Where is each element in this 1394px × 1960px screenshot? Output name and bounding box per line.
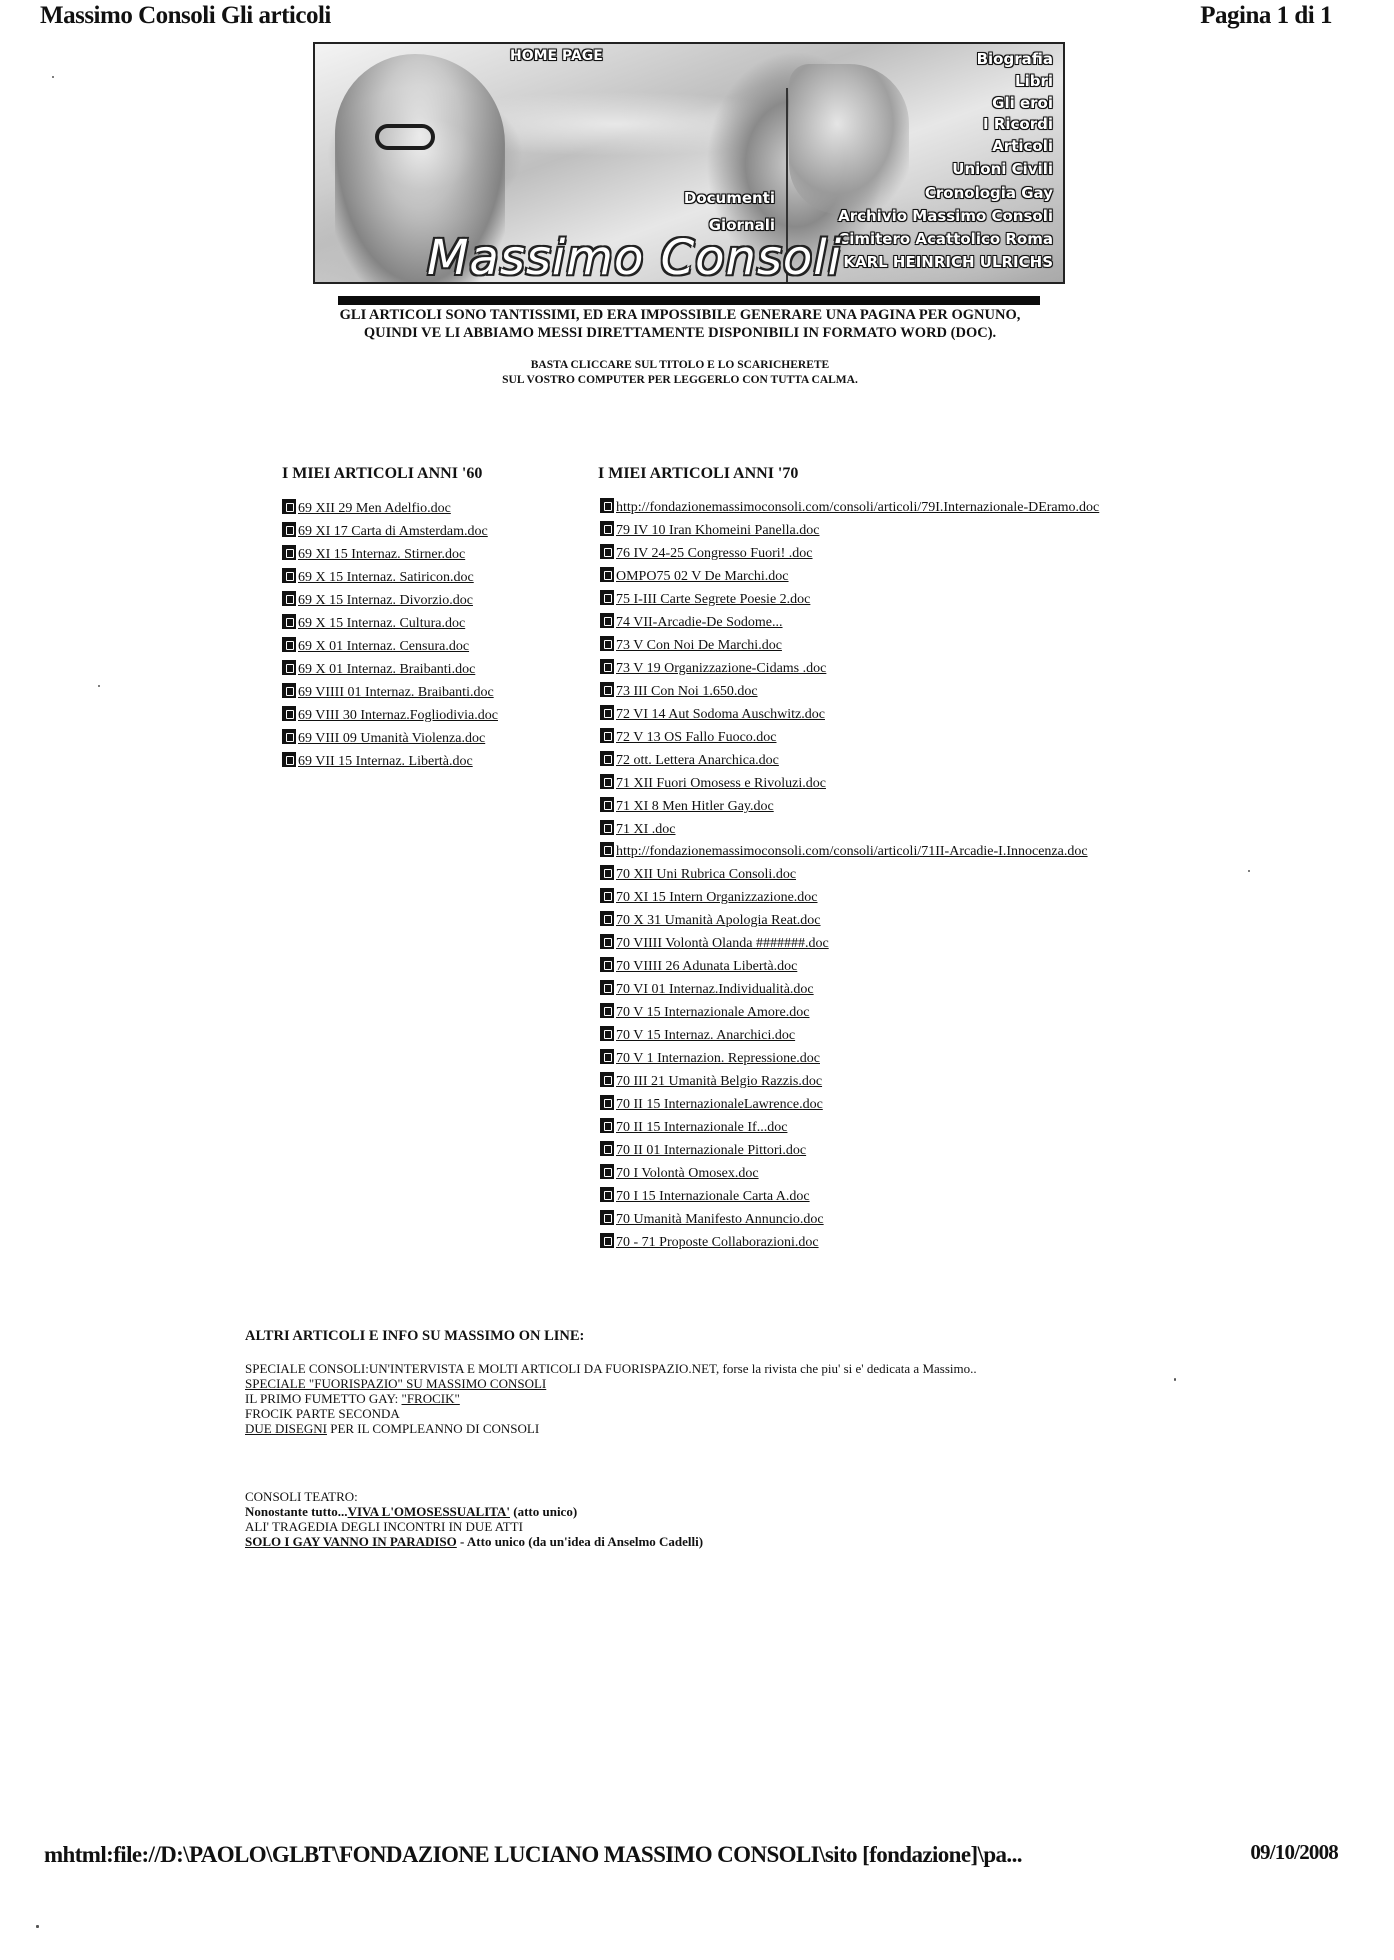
article-60s-link[interactable]: 69 VIIII 01 Internaz. Braibanti.doc xyxy=(298,685,494,700)
article-70s-item[interactable]: 70 I Volontà Omosex.doc xyxy=(600,1163,1120,1186)
article-60s-item[interactable]: 69 X 01 Internaz. Censura.doc xyxy=(282,636,498,659)
article-70s-link[interactable]: 70 VIIII Volontà Olanda #######.doc xyxy=(616,936,829,951)
other-online-links: SPECIALE CONSOLI:UN'INTERVISTA E MOLTI A… xyxy=(245,1361,1125,1436)
fumetto-label: IL PRIMO FUMETTO GAY: xyxy=(245,1391,402,1406)
word-doc-icon xyxy=(600,1233,614,1248)
word-doc-icon xyxy=(600,1026,614,1041)
article-60s-link[interactable]: 69 VIII 09 Umanità Violenza.doc xyxy=(298,731,485,746)
article-70s-item[interactable]: 70 II 15 InternazionaleLawrence.doc xyxy=(600,1094,1120,1117)
article-60s-item[interactable]: 69 VIII 30 Internaz.Fogliodivia.doc xyxy=(282,705,498,728)
nav-archivio-massimo-consoli[interactable]: Archivio Massimo Consoli xyxy=(838,207,1053,225)
word-doc-icon xyxy=(282,683,296,698)
solo-i-gay-link[interactable]: SOLO I GAY VANNO IN PARADISO xyxy=(245,1534,457,1549)
article-60s-item[interactable]: 69 XII 29 Men Adelfio.doc xyxy=(282,498,498,521)
article-60s-item[interactable]: 69 X 15 Internaz. Divorzio.doc xyxy=(282,590,498,613)
article-60s-link[interactable]: 69 VII 15 Internaz. Libertà.doc xyxy=(298,754,473,769)
article-60s-item[interactable]: 69 XI 17 Carta di Amsterdam.doc xyxy=(282,521,498,544)
speciale-consoli-line: SPECIALE CONSOLI:UN'INTERVISTA E MOLTI A… xyxy=(245,1361,1125,1376)
flag-image xyxy=(789,64,909,214)
word-doc-icon xyxy=(600,865,614,880)
word-doc-icon xyxy=(282,499,296,514)
intro-instructions: BASTA CLICCARE SUL TITOLO E LO SCARICHER… xyxy=(280,358,1080,388)
word-doc-icon xyxy=(600,728,614,743)
article-60s-link[interactable]: 69 VIII 30 Internaz.Fogliodivia.doc xyxy=(298,708,498,723)
article-70s-link[interactable]: 72 V 13 OS Fallo Fuoco.doc xyxy=(616,730,777,745)
word-doc-icon xyxy=(600,659,614,674)
article-70s-link[interactable]: 70 V 1 Internazion. Repressione.doc xyxy=(616,1051,820,1066)
speciale-consoli-description: , forse la rivista che piu' si e' dedica… xyxy=(716,1361,977,1376)
word-doc-icon xyxy=(600,957,614,972)
article-70s-link[interactable]: 73 V 19 Organizzazione-Cidams .doc xyxy=(616,661,826,676)
scan-speck xyxy=(52,76,54,78)
article-60s-link[interactable]: 69 XI 17 Carta di Amsterdam.doc xyxy=(298,524,488,539)
article-70s-link[interactable]: 70 VI 01 Internaz.Individualità.doc xyxy=(616,982,814,997)
word-doc-icon xyxy=(600,1003,614,1018)
word-doc-icon xyxy=(600,590,614,605)
article-60s-item[interactable]: 69 VIIII 01 Internaz. Braibanti.doc xyxy=(282,682,498,705)
article-70s-link[interactable]: 70 I Volontà Omosex.doc xyxy=(616,1166,759,1181)
article-70s-item[interactable]: 70 XI 15 Intern Organizzazione.doc xyxy=(600,887,1120,910)
article-70s-item[interactable]: 70 V 1 Internazion. Repressione.doc xyxy=(600,1048,1120,1071)
consoli-theater-section: CONSOLI TEATRO: Nonostante tutto...VIVA … xyxy=(245,1489,1125,1549)
article-70s-item[interactable]: 72 VI 14 Aut Sodoma Auschwitz.doc xyxy=(600,704,1120,727)
article-70s-link[interactable]: 70 III 21 Umanità Belgio Razzis.doc xyxy=(616,1074,822,1089)
article-60s-link[interactable]: 69 XI 15 Internaz. Stirner.doc xyxy=(298,547,465,562)
article-60s-link[interactable]: 69 X 15 Internaz. Cultura.doc xyxy=(298,616,465,631)
word-doc-icon xyxy=(600,1141,614,1156)
article-70s-item[interactable]: 70 III 21 Umanità Belgio Razzis.doc xyxy=(600,1071,1120,1094)
word-doc-icon xyxy=(600,521,614,536)
nav-unioni-civili[interactable]: Unioni Civili xyxy=(952,160,1053,178)
article-70s-link[interactable]: 75 I-III Carte Segrete Poesie 2.doc xyxy=(616,592,810,607)
word-doc-icon xyxy=(600,682,614,697)
article-70s-item[interactable]: 72 ott. Lettera Anarchica.doc xyxy=(600,750,1120,773)
other-online-title: ALTRI ARTICOLI E INFO SU MASSIMO ON LINE… xyxy=(245,1328,584,1345)
tragedia-incontri[interactable]: ALI' TRAGEDIA DEGLI INCONTRI IN DUE ATTI xyxy=(245,1519,1125,1534)
article-70s-item[interactable]: 70 II 01 Internazionale Pittori.doc xyxy=(600,1140,1120,1163)
article-70s-link[interactable]: 71 XI 8 Men Hitler Gay.doc xyxy=(616,799,774,814)
banner-name-logo: Massimo Consoli xyxy=(427,230,842,284)
nav-documenti[interactable]: Documenti xyxy=(684,189,775,207)
word-doc-icon xyxy=(600,888,614,903)
word-doc-icon xyxy=(600,1164,614,1179)
nav-cronologia-gay[interactable]: Cronologia Gay xyxy=(925,184,1053,202)
article-70s-link[interactable]: http://fondazionemassimoconsoli.com/cons… xyxy=(616,844,1088,859)
article-70s-link[interactable]: 73 V Con Noi De Marchi.doc xyxy=(616,638,782,653)
word-doc-icon xyxy=(282,706,296,721)
article-70s-link[interactable]: 79 IV 10 Iran Khomeini Panella.doc xyxy=(616,523,819,538)
play1-description: (atto unico) xyxy=(510,1504,577,1519)
article-70s-item[interactable]: 70 X 31 Umanità Apologia Reat.doc xyxy=(600,910,1120,933)
word-doc-icon xyxy=(600,934,614,949)
nav-gli-eroi[interactable]: Gli eroi xyxy=(992,94,1053,112)
article-70s-item[interactable]: 72 V 13 OS Fallo Fuoco.doc xyxy=(600,727,1120,750)
article-70s-link[interactable]: 70 V 15 Internaz. Anarchici.doc xyxy=(616,1028,795,1043)
separator-bar xyxy=(338,296,1040,305)
articles-70s-list: http://fondazionemassimoconsoli.com/cons… xyxy=(600,498,1120,1255)
article-60s-link[interactable]: 69 X 01 Internaz. Braibanti.doc xyxy=(298,662,475,677)
article-70s-link[interactable]: 74 VII-Arcadie-De Sodome... xyxy=(616,615,783,630)
word-doc-icon xyxy=(600,774,614,789)
print-page-indicator: Pagina 1 di 1 xyxy=(1200,2,1332,30)
article-70s-link[interactable]: OMPO75 02 V De Marchi.doc xyxy=(616,569,789,584)
articles-60s-title: I MIEI ARTICOLI ANNI '60 xyxy=(282,465,482,483)
print-footer-source-path: mhtml:file://D:\PAOLO\GLBT\FONDAZIONE LU… xyxy=(44,1842,1022,1868)
nav-biografia[interactable]: Biografia xyxy=(977,50,1053,68)
instructions-line-2: SUL VOSTRO COMPUTER PER LEGGERLO CON TUT… xyxy=(280,373,1080,388)
article-70s-item[interactable]: 70 I 15 Internazionale Carta A.doc xyxy=(600,1186,1120,1209)
article-70s-link[interactable]: 70 V 15 Internazionale Amore.doc xyxy=(616,1005,809,1020)
word-doc-icon xyxy=(282,591,296,606)
word-doc-icon xyxy=(600,498,614,513)
word-doc-icon xyxy=(282,522,296,537)
article-60s-item[interactable]: 69 VII 15 Internaz. Libertà.doc xyxy=(282,751,498,774)
word-doc-icon xyxy=(600,842,614,857)
word-doc-icon xyxy=(282,568,296,583)
word-doc-icon xyxy=(600,567,614,582)
speciale-fuorispazio-link[interactable]: SPECIALE "FUORISPAZIO" SU MASSIMO CONSOL… xyxy=(245,1376,546,1391)
viva-omosessualita-link[interactable]: VIVA L'OMOSESSUALITA' xyxy=(348,1504,510,1519)
article-70s-link[interactable]: 71 XI .doc xyxy=(616,822,676,837)
article-70s-link[interactable]: 70 II 01 Internazionale Pittori.doc xyxy=(616,1143,806,1158)
article-70s-item[interactable]: 70 VIIII 26 Adunata Libertà.doc xyxy=(600,956,1120,979)
nav-home-page[interactable]: HOME PAGE xyxy=(510,48,603,64)
word-doc-icon xyxy=(282,545,296,560)
article-70s-item[interactable]: OMPO75 02 V De Marchi.doc xyxy=(600,566,1120,589)
word-doc-icon xyxy=(600,1210,614,1225)
article-70s-link[interactable]: 72 ott. Lettera Anarchica.doc xyxy=(616,753,779,768)
article-70s-item[interactable]: 75 I-III Carte Segrete Poesie 2.doc xyxy=(600,589,1120,612)
word-doc-icon xyxy=(600,1095,614,1110)
intro-notice: GLI ARTICOLI SONO TANTISSIMI, ED ERA IMP… xyxy=(280,306,1080,342)
article-60s-item[interactable]: 69 X 01 Internaz. Braibanti.doc xyxy=(282,659,498,682)
article-60s-link[interactable]: 69 X 01 Internaz. Censura.doc xyxy=(298,639,469,654)
word-doc-icon xyxy=(600,820,614,835)
article-70s-item[interactable]: 71 XI .doc xyxy=(600,819,1120,842)
print-footer-date: 09/10/2008 xyxy=(1250,1840,1338,1865)
intro-line-1: GLI ARTICOLI SONO TANTISSIMI, ED ERA IMP… xyxy=(280,306,1080,324)
article-70s-item[interactable]: 79 IV 10 Iran Khomeini Panella.doc xyxy=(600,520,1120,543)
word-doc-icon xyxy=(600,544,614,559)
word-doc-icon xyxy=(600,1049,614,1064)
article-70s-item[interactable]: 73 III Con Noi 1.650.doc xyxy=(600,681,1120,704)
article-70s-item[interactable]: 70 XII Uni Rubrica Consoli.doc xyxy=(600,864,1120,887)
article-70s-link[interactable]: 71 XII Fuori Omosess e Rivoluzi.doc xyxy=(616,776,826,791)
speciale-consoli-link[interactable]: SPECIALE CONSOLI:UN'INTERVISTA E MOLTI A… xyxy=(245,1361,716,1376)
frocik-parte-seconda[interactable]: FROCIK PARTE SECONDA xyxy=(245,1406,1125,1421)
intro-line-2: QUINDI VE LI ABBIAMO MESSI DIRETTAMENTE … xyxy=(280,324,1080,342)
article-70s-item[interactable]: 71 XII Fuori Omosess e Rivoluzi.doc xyxy=(600,773,1120,796)
frocik-link[interactable]: "FROCIK" xyxy=(402,1391,460,1406)
article-70s-item[interactable]: 71 XI 8 Men Hitler Gay.doc xyxy=(600,796,1120,819)
nav-karl-heinrich-ulrichs[interactable]: KARL HEINRICH ULRICHS xyxy=(843,253,1053,271)
article-70s-item[interactable]: 70 V 15 Internazionale Amore.doc xyxy=(600,1002,1120,1025)
print-header-title: Massimo Consoli Gli articoli xyxy=(40,2,331,30)
site-banner: HOME PAGE Documenti Giornali Biografia L… xyxy=(313,42,1065,284)
article-70s-link[interactable]: 72 VI 14 Aut Sodoma Auschwitz.doc xyxy=(616,707,825,722)
article-70s-link[interactable]: 70 Umanità Manifesto Annuncio.doc xyxy=(616,1212,824,1227)
article-70s-item[interactable]: http://fondazionemassimoconsoli.com/cons… xyxy=(600,498,1120,516)
nav-articoli[interactable]: Articoli xyxy=(992,137,1053,155)
article-70s-item[interactable]: 70 II 15 Internazionale If...doc xyxy=(600,1117,1120,1140)
article-70s-link[interactable]: http://fondazionemassimoconsoli.com/cons… xyxy=(616,500,1099,515)
article-70s-link[interactable]: 70 II 15 Internazionale If...doc xyxy=(616,1120,787,1135)
article-70s-link[interactable]: 70 II 15 InternazionaleLawrence.doc xyxy=(616,1097,823,1112)
word-doc-icon xyxy=(600,751,614,766)
scan-speck xyxy=(1248,870,1250,872)
due-disegni-link[interactable]: DUE DISEGNI xyxy=(245,1421,327,1436)
article-70s-link[interactable]: 70 XII Uni Rubrica Consoli.doc xyxy=(616,867,796,882)
article-60s-item[interactable]: 69 X 15 Internaz. Cultura.doc xyxy=(282,613,498,636)
instructions-line-1: BASTA CLICCARE SUL TITOLO E LO SCARICHER… xyxy=(280,358,1080,373)
due-disegni-description: PER IL COMPLEANNO DI CONSOLI xyxy=(327,1421,539,1436)
article-60s-link[interactable]: 69 X 15 Internaz. Satiricon.doc xyxy=(298,570,474,585)
article-70s-item[interactable]: 73 V 19 Organizzazione-Cidams .doc xyxy=(600,658,1120,681)
article-70s-link[interactable]: 70 VIIII 26 Adunata Libertà.doc xyxy=(616,959,797,974)
glasses-graphic xyxy=(375,124,435,150)
play3-description: - Atto unico (da un'idea di Anselmo Cade… xyxy=(457,1534,703,1549)
article-70s-item[interactable]: 70 VIIII Volontà Olanda #######.doc xyxy=(600,933,1120,956)
articles-70s-title: I MIEI ARTICOLI ANNI '70 xyxy=(598,465,798,483)
article-70s-item[interactable]: 70 V 15 Internaz. Anarchici.doc xyxy=(600,1025,1120,1048)
article-70s-item[interactable]: 73 V Con Noi De Marchi.doc xyxy=(600,635,1120,658)
article-60s-item[interactable]: 69 XI 15 Internaz. Stirner.doc xyxy=(282,544,498,567)
article-70s-item[interactable]: 70 VI 01 Internaz.Individualità.doc xyxy=(600,979,1120,1002)
article-70s-item[interactable]: 70 - 71 Proposte Collaborazioni.doc xyxy=(600,1232,1120,1255)
word-doc-icon xyxy=(600,1072,614,1087)
word-doc-icon xyxy=(282,729,296,744)
word-doc-icon xyxy=(600,705,614,720)
scan-speck xyxy=(1174,1378,1176,1381)
word-doc-icon xyxy=(600,613,614,628)
word-doc-icon xyxy=(600,636,614,651)
play1-prefix: Nonostante tutto... xyxy=(245,1504,348,1519)
article-70s-item[interactable]: 76 IV 24-25 Congresso Fuori! .doc xyxy=(600,543,1120,566)
article-70s-link[interactable]: 70 X 31 Umanità Apologia Reat.doc xyxy=(616,913,821,928)
word-doc-icon xyxy=(282,752,296,767)
nav-cimitero-acattolico-roma[interactable]: Cimitero Acattolico Roma xyxy=(838,230,1053,248)
scan-speck xyxy=(98,685,100,687)
word-doc-icon xyxy=(282,614,296,629)
article-60s-item[interactable]: 69 X 15 Internaz. Satiricon.doc xyxy=(282,567,498,590)
article-60s-item[interactable]: 69 VIII 09 Umanità Violenza.doc xyxy=(282,728,498,751)
article-60s-link[interactable]: 69 X 15 Internaz. Divorzio.doc xyxy=(298,593,473,608)
article-70s-link[interactable]: 73 III Con Noi 1.650.doc xyxy=(616,684,758,699)
articles-60s-list: 69 XII 29 Men Adelfio.doc69 XI 17 Carta … xyxy=(282,498,498,774)
theater-title: CONSOLI TEATRO: xyxy=(245,1489,1125,1504)
scan-speck xyxy=(36,1925,39,1928)
article-70s-item[interactable]: 74 VII-Arcadie-De Sodome... xyxy=(600,612,1120,635)
nav-i-ricordi[interactable]: I Ricordi xyxy=(983,115,1053,133)
article-70s-link[interactable]: 70 XI 15 Intern Organizzazione.doc xyxy=(616,890,818,905)
word-doc-icon xyxy=(282,660,296,675)
word-doc-icon xyxy=(600,797,614,812)
article-70s-item[interactable]: 70 Umanità Manifesto Annuncio.doc xyxy=(600,1209,1120,1232)
article-60s-link[interactable]: 69 XII 29 Men Adelfio.doc xyxy=(298,501,451,516)
article-70s-item[interactable]: http://fondazionemassimoconsoli.com/cons… xyxy=(600,842,1120,860)
article-70s-link[interactable]: 70 - 71 Proposte Collaborazioni.doc xyxy=(616,1235,819,1250)
article-70s-link[interactable]: 70 I 15 Internazionale Carta A.doc xyxy=(616,1189,810,1204)
word-doc-icon xyxy=(600,980,614,995)
word-doc-icon xyxy=(600,1118,614,1133)
word-doc-icon xyxy=(600,1187,614,1202)
nav-libri[interactable]: Libri xyxy=(1015,72,1053,90)
word-doc-icon xyxy=(600,911,614,926)
article-70s-link[interactable]: 76 IV 24-25 Congresso Fuori! .doc xyxy=(616,546,813,561)
word-doc-icon xyxy=(282,637,296,652)
